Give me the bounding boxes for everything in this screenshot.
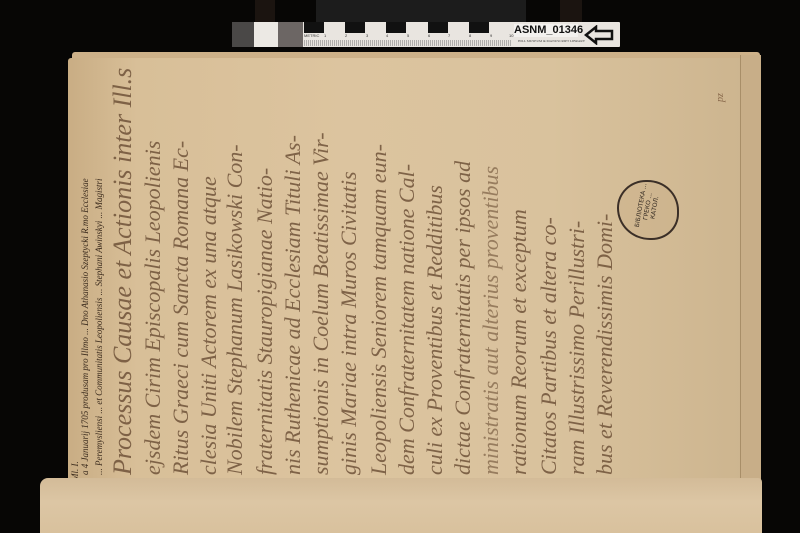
manuscript-line: sumptionis in Coelum Beatissimae Vir- bbox=[308, 132, 334, 475]
stamp-text: БІБЛІОТЕКА ... ГРЕКО ... КАТОЛ. bbox=[633, 180, 662, 233]
library-stamp: БІБЛІОТЕКА ... ГРЕКО ... КАТОЛ. bbox=[617, 180, 679, 240]
ruler-ticks bbox=[304, 40, 512, 46]
tick-number: 2 bbox=[345, 33, 347, 38]
tick-number: 8 bbox=[469, 33, 471, 38]
manuscript-line: dem Confraternitatem natione Cal- bbox=[394, 164, 420, 475]
gray-patch-white bbox=[254, 22, 278, 47]
manuscript-line: rationum Reorum et exceptum bbox=[506, 209, 532, 475]
tick-number: 1 bbox=[324, 33, 326, 38]
gray-patch-mid bbox=[278, 22, 303, 47]
manuscript-line: culi ex Proventibus et Redditibus bbox=[422, 185, 448, 475]
institution-label: HILL MUSEUM & MANUSCRIPT LIBRARY bbox=[518, 39, 585, 43]
manuscript-line: bus et Reverendissimis Domi- bbox=[592, 214, 618, 475]
manuscript-id-label: ASNM_01346 bbox=[514, 24, 578, 37]
left-arrow-icon bbox=[584, 25, 616, 45]
metric-label: METRIC bbox=[304, 33, 319, 38]
checker bbox=[304, 22, 324, 33]
checker bbox=[386, 22, 406, 33]
manuscript-line: Leopoliensis Seniorem tamquam eun- bbox=[366, 144, 392, 475]
page-right-edge bbox=[740, 55, 761, 485]
margin-note: ... Peremysliensi ... et Communitatis Le… bbox=[94, 179, 104, 476]
tick-number: 9 bbox=[490, 33, 492, 38]
manuscript-line: fraternitatis Stauropigianae Natio- bbox=[252, 168, 278, 475]
handwritten-text-block: a 4 Januarij 1705 produsam pro Illmo ...… bbox=[80, 65, 730, 475]
checker bbox=[428, 22, 448, 33]
facing-page-bottom bbox=[40, 478, 762, 533]
manuscript-line: ram Illustrissimo Perillustri- bbox=[564, 221, 590, 475]
manuscript-line: clesia Uniti Actorem ex una atque bbox=[196, 176, 222, 475]
manuscript-line: Citatos Partibus et altera co- bbox=[536, 217, 562, 475]
manuscript-line: ginis Mariae intra Muros Civitatis bbox=[336, 171, 362, 475]
manuscript-line: Ritus Graeci cum Sancta Romana Ec- bbox=[168, 141, 194, 475]
checker bbox=[469, 22, 489, 33]
folio-number: pz bbox=[715, 93, 726, 102]
margin-note: a 4 Januarij 1705 produsam pro Illmo ...… bbox=[80, 178, 90, 475]
tick-number: 6 bbox=[428, 33, 430, 38]
tick-number: 5 bbox=[407, 33, 409, 38]
manuscript-line: ejsdem Cirim Episcopalis Leopolienis bbox=[140, 141, 166, 475]
tick-number: 7 bbox=[448, 33, 450, 38]
tick-number: 10 bbox=[509, 33, 513, 38]
manuscript-line: ministratis aut alterius proventibus bbox=[478, 166, 504, 475]
manuscript-line: Nobilem Stephanum Lasikowski Con- bbox=[222, 144, 248, 475]
reference-scale-bar: METRIC 1 2 3 4 5 6 7 8 9 10 ASNM_01346 H… bbox=[232, 22, 620, 47]
gray-patch-dark bbox=[232, 22, 254, 47]
manuscript-line: Processus Causae et Actionis inter Ill.s bbox=[108, 68, 138, 475]
tick-number: 3 bbox=[366, 33, 368, 38]
checker bbox=[345, 22, 365, 33]
manuscript-line: nis Ruthenicae ad Ecclesiam Tituli As- bbox=[280, 135, 306, 475]
manuscript-line: dictae Confraternitatis per ipsos ad bbox=[450, 161, 476, 475]
tick-number: 4 bbox=[386, 33, 388, 38]
backing-card bbox=[316, 0, 526, 23]
